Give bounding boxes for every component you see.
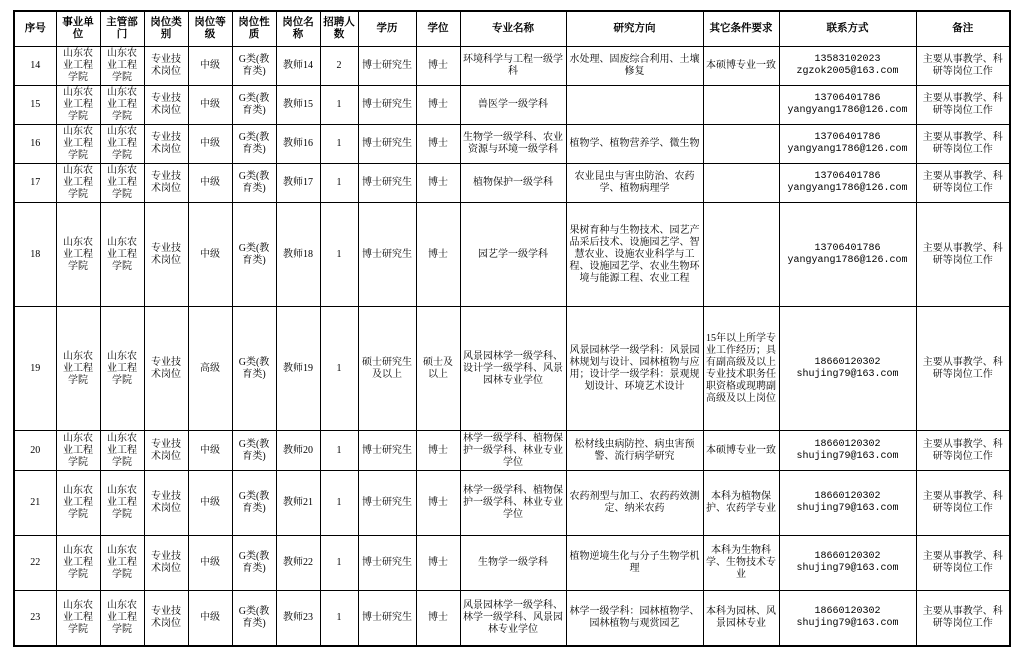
cell-other — [703, 203, 779, 307]
cell-contact: 13706401786yangyang1786@126.com — [779, 125, 916, 164]
cell-unit: 山东农业工程学院 — [56, 47, 100, 86]
cell-category: 专业技术岗位 — [144, 471, 188, 536]
cell-unit: 山东农业工程学院 — [56, 307, 100, 431]
cell-contact: 18660120302shujing79@163.com — [779, 591, 916, 646]
cell-category: 专业技术岗位 — [144, 431, 188, 471]
cell-dept: 山东农业工程学院 — [100, 307, 144, 431]
cell-category: 专业技术岗位 — [144, 125, 188, 164]
column-header-degree: 学位 — [416, 11, 460, 47]
cell-level: 中级 — [188, 164, 232, 203]
cell-major: 兽医学一级学科 — [460, 86, 566, 125]
cell-major: 生物学一级学科 — [460, 536, 566, 591]
cell-unit: 山东农业工程学院 — [56, 431, 100, 471]
cell-contact: 13706401786yangyang1786@126.com — [779, 164, 916, 203]
cell-count: 1 — [320, 203, 358, 307]
cell-note: 主要从事教学、科研等岗位工作 — [916, 536, 1010, 591]
recruitment-table-container: 序号事业单位主管部门岗位类别岗位等级岗位性质岗位名称招聘人数学历学位专业名称研究… — [13, 10, 1011, 647]
cell-major: 林学一级学科、植物保护一级学科、林业专业学位 — [460, 431, 566, 471]
cell-direction: 松材线虫病防控、病虫害预警、流行病学研究 — [566, 431, 703, 471]
table-row: 17山东农业工程学院山东农业工程学院专业技术岗位中级G类(教育类)教师171博士… — [14, 164, 1010, 203]
column-header-title: 岗位名称 — [276, 11, 320, 47]
cell-count: 1 — [320, 307, 358, 431]
table-header-row: 序号事业单位主管部门岗位类别岗位等级岗位性质岗位名称招聘人数学历学位专业名称研究… — [14, 11, 1010, 47]
cell-unit: 山东农业工程学院 — [56, 203, 100, 307]
contact-phone: 18660120302 — [782, 551, 914, 563]
cell-title: 教师23 — [276, 591, 320, 646]
contact-email: shujing79@163.com — [782, 451, 914, 463]
contact-phone: 18660120302 — [782, 491, 914, 503]
cell-no: 22 — [14, 536, 56, 591]
cell-count: 1 — [320, 431, 358, 471]
cell-direction — [566, 86, 703, 125]
contact-phone: 13583102023 — [782, 54, 914, 66]
cell-count: 1 — [320, 536, 358, 591]
contact-email: zgzok2005@163.com — [782, 66, 914, 78]
table-row: 23山东农业工程学院山东农业工程学院专业技术岗位中级G类(教育类)教师231博士… — [14, 591, 1010, 646]
cell-degree: 博士 — [416, 86, 460, 125]
contact-email: yangyang1786@126.com — [782, 105, 914, 117]
cell-count: 1 — [320, 86, 358, 125]
cell-direction: 农业昆虫与害虫防治、农药学、植物病理学 — [566, 164, 703, 203]
cell-no: 19 — [14, 307, 56, 431]
cell-dept: 山东农业工程学院 — [100, 47, 144, 86]
cell-level: 中级 — [188, 591, 232, 646]
table-row: 14山东农业工程学院山东农业工程学院专业技术岗位中级G类(教育类)教师142博士… — [14, 47, 1010, 86]
cell-note: 主要从事教学、科研等岗位工作 — [916, 591, 1010, 646]
table-row: 15山东农业工程学院山东农业工程学院专业技术岗位中级G类(教育类)教师151博士… — [14, 86, 1010, 125]
contact-phone: 13706401786 — [782, 93, 914, 105]
table-row: 19山东农业工程学院山东农业工程学院专业技术岗位高级G类(教育类)教师191硕士… — [14, 307, 1010, 431]
cell-nature: G类(教育类) — [232, 203, 276, 307]
contact-email: yangyang1786@126.com — [782, 183, 914, 195]
cell-note: 主要从事教学、科研等岗位工作 — [916, 86, 1010, 125]
cell-education: 博士研究生 — [358, 536, 416, 591]
cell-nature: G类(教育类) — [232, 125, 276, 164]
cell-category: 专业技术岗位 — [144, 86, 188, 125]
cell-dept: 山东农业工程学院 — [100, 536, 144, 591]
cell-education: 博士研究生 — [358, 471, 416, 536]
contact-phone: 13706401786 — [782, 243, 914, 255]
cell-nature: G类(教育类) — [232, 536, 276, 591]
cell-note: 主要从事教学、科研等岗位工作 — [916, 125, 1010, 164]
cell-degree: 博士 — [416, 536, 460, 591]
cell-education: 博士研究生 — [358, 164, 416, 203]
cell-nature: G类(教育类) — [232, 164, 276, 203]
cell-degree: 博士 — [416, 47, 460, 86]
cell-unit: 山东农业工程学院 — [56, 86, 100, 125]
cell-category: 专业技术岗位 — [144, 164, 188, 203]
cell-nature: G类(教育类) — [232, 471, 276, 536]
cell-no: 17 — [14, 164, 56, 203]
cell-note: 主要从事教学、科研等岗位工作 — [916, 164, 1010, 203]
cell-education: 博士研究生 — [358, 431, 416, 471]
cell-other: 本科为生物科学、生物技术专业 — [703, 536, 779, 591]
contact-phone: 13706401786 — [782, 132, 914, 144]
cell-unit: 山东农业工程学院 — [56, 164, 100, 203]
cell-education: 博士研究生 — [358, 591, 416, 646]
cell-count: 1 — [320, 591, 358, 646]
cell-major: 林学一级学科、植物保护一级学科、林业专业学位 — [460, 471, 566, 536]
cell-level: 中级 — [188, 86, 232, 125]
cell-no: 21 — [14, 471, 56, 536]
contact-phone: 18660120302 — [782, 606, 914, 618]
cell-count: 1 — [320, 164, 358, 203]
cell-major: 生物学一级学科、农业资源与环境一级学科 — [460, 125, 566, 164]
cell-note: 主要从事教学、科研等岗位工作 — [916, 471, 1010, 536]
cell-unit: 山东农业工程学院 — [56, 471, 100, 536]
column-header-other: 其它条件要求 — [703, 11, 779, 47]
column-header-education: 学历 — [358, 11, 416, 47]
cell-dept: 山东农业工程学院 — [100, 125, 144, 164]
cell-degree: 博士 — [416, 471, 460, 536]
contact-email: shujing79@163.com — [782, 618, 914, 630]
cell-category: 专业技术岗位 — [144, 591, 188, 646]
cell-other: 本科为植物保护、农药学专业 — [703, 471, 779, 536]
cell-dept: 山东农业工程学院 — [100, 164, 144, 203]
cell-degree: 博士 — [416, 164, 460, 203]
cell-direction: 水处理、固废综合利用、土壤修复 — [566, 47, 703, 86]
contact-phone: 13706401786 — [782, 171, 914, 183]
cell-education: 硕士研究生及以上 — [358, 307, 416, 431]
table-row: 22山东农业工程学院山东农业工程学院专业技术岗位中级G类(教育类)教师221博士… — [14, 536, 1010, 591]
cell-level: 中级 — [188, 47, 232, 86]
recruitment-table: 序号事业单位主管部门岗位类别岗位等级岗位性质岗位名称招聘人数学历学位专业名称研究… — [13, 10, 1011, 647]
cell-major: 风景园林学一级学科、设计学一级学科、风景园林专业学位 — [460, 307, 566, 431]
cell-major: 植物保护一级学科 — [460, 164, 566, 203]
cell-level: 中级 — [188, 203, 232, 307]
cell-level: 中级 — [188, 125, 232, 164]
cell-degree: 博士 — [416, 125, 460, 164]
cell-dept: 山东农业工程学院 — [100, 431, 144, 471]
cell-direction: 植物学、植物营养学、微生物 — [566, 125, 703, 164]
table-row: 20山东农业工程学院山东农业工程学院专业技术岗位中级G类(教育类)教师201博士… — [14, 431, 1010, 471]
contact-email: shujing79@163.com — [782, 503, 914, 515]
column-header-unit: 事业单位 — [56, 11, 100, 47]
cell-dept: 山东农业工程学院 — [100, 591, 144, 646]
cell-category: 专业技术岗位 — [144, 307, 188, 431]
cell-other — [703, 164, 779, 203]
cell-contact: 18660120302shujing79@163.com — [779, 307, 916, 431]
cell-dept: 山东农业工程学院 — [100, 471, 144, 536]
column-header-major: 专业名称 — [460, 11, 566, 47]
column-header-no: 序号 — [14, 11, 56, 47]
cell-title: 教师20 — [276, 431, 320, 471]
cell-nature: G类(教育类) — [232, 591, 276, 646]
cell-major: 园艺学一级学科 — [460, 203, 566, 307]
column-header-direction: 研究方向 — [566, 11, 703, 47]
cell-education: 博士研究生 — [358, 203, 416, 307]
cell-contact: 18660120302shujing79@163.com — [779, 536, 916, 591]
cell-contact: 18660120302shujing79@163.com — [779, 471, 916, 536]
cell-unit: 山东农业工程学院 — [56, 591, 100, 646]
cell-contact: 18660120302shujing79@163.com — [779, 431, 916, 471]
column-header-contact: 联系方式 — [779, 11, 916, 47]
cell-direction: 植物逆境生化与分子生物学机理 — [566, 536, 703, 591]
cell-title: 教师19 — [276, 307, 320, 431]
cell-nature: G类(教育类) — [232, 307, 276, 431]
contact-email: shujing79@163.com — [782, 563, 914, 575]
cell-no: 23 — [14, 591, 56, 646]
cell-direction: 林学一级学科：园林植物学、园林植物与观赏园艺 — [566, 591, 703, 646]
contact-email: yangyang1786@126.com — [782, 255, 914, 267]
table-row: 18山东农业工程学院山东农业工程学院专业技术岗位中级G类(教育类)教师181博士… — [14, 203, 1010, 307]
cell-title: 教师17 — [276, 164, 320, 203]
cell-no: 20 — [14, 431, 56, 471]
column-header-category: 岗位类别 — [144, 11, 188, 47]
cell-level: 高级 — [188, 307, 232, 431]
cell-no: 16 — [14, 125, 56, 164]
cell-other — [703, 125, 779, 164]
cell-unit: 山东农业工程学院 — [56, 125, 100, 164]
cell-level: 中级 — [188, 536, 232, 591]
cell-note: 主要从事教学、科研等岗位工作 — [916, 431, 1010, 471]
contact-phone: 18660120302 — [782, 439, 914, 451]
cell-unit: 山东农业工程学院 — [56, 536, 100, 591]
cell-other: 本硕博专业一致 — [703, 47, 779, 86]
cell-direction: 果树育种与生物技术、园艺产品采后技术、设施园艺学、智慧农业、设施农业科学与工程、… — [566, 203, 703, 307]
cell-nature: G类(教育类) — [232, 431, 276, 471]
cell-other: 本科为园林、风景园林专业 — [703, 591, 779, 646]
cell-education: 博士研究生 — [358, 47, 416, 86]
cell-major: 风景园林学一级学科、林学一级学科、风景园林专业学位 — [460, 591, 566, 646]
cell-no: 18 — [14, 203, 56, 307]
cell-other — [703, 86, 779, 125]
column-header-level: 岗位等级 — [188, 11, 232, 47]
cell-degree: 博士 — [416, 203, 460, 307]
contact-phone: 18660120302 — [782, 357, 914, 369]
cell-note: 主要从事教学、科研等岗位工作 — [916, 203, 1010, 307]
contact-email: shujing79@163.com — [782, 369, 914, 381]
cell-other: 本硕博专业一致 — [703, 431, 779, 471]
cell-no: 15 — [14, 86, 56, 125]
cell-contact: 13706401786yangyang1786@126.com — [779, 86, 916, 125]
cell-level: 中级 — [188, 431, 232, 471]
cell-no: 14 — [14, 47, 56, 86]
cell-title: 教师21 — [276, 471, 320, 536]
cell-note: 主要从事教学、科研等岗位工作 — [916, 47, 1010, 86]
cell-nature: G类(教育类) — [232, 86, 276, 125]
cell-category: 专业技术岗位 — [144, 203, 188, 307]
cell-other: 15年以上所学专业工作经历；具有副高级及以上专业技术职务任职资格或现聘副高级及以… — [703, 307, 779, 431]
cell-direction: 农药剂型与加工、农药药效测定、纳米农药 — [566, 471, 703, 536]
cell-count: 2 — [320, 47, 358, 86]
cell-note: 主要从事教学、科研等岗位工作 — [916, 307, 1010, 431]
cell-contact: 13583102023zgzok2005@163.com — [779, 47, 916, 86]
cell-title: 教师14 — [276, 47, 320, 86]
cell-count: 1 — [320, 125, 358, 164]
cell-direction: 风景园林学一级学科：风景园林规划与设计、园林植物与应用；设计学一级学科：景观规划… — [566, 307, 703, 431]
cell-degree: 博士 — [416, 591, 460, 646]
cell-degree: 博士 — [416, 431, 460, 471]
table-row: 21山东农业工程学院山东农业工程学院专业技术岗位中级G类(教育类)教师211博士… — [14, 471, 1010, 536]
cell-category: 专业技术岗位 — [144, 47, 188, 86]
column-header-dept: 主管部门 — [100, 11, 144, 47]
column-header-nature: 岗位性质 — [232, 11, 276, 47]
cell-count: 1 — [320, 471, 358, 536]
column-header-count: 招聘人数 — [320, 11, 358, 47]
cell-dept: 山东农业工程学院 — [100, 86, 144, 125]
table-row: 16山东农业工程学院山东农业工程学院专业技术岗位中级G类(教育类)教师161博士… — [14, 125, 1010, 164]
cell-category: 专业技术岗位 — [144, 536, 188, 591]
cell-title: 教师18 — [276, 203, 320, 307]
cell-major: 环境科学与工程一级学科 — [460, 47, 566, 86]
cell-education: 博士研究生 — [358, 86, 416, 125]
cell-title: 教师22 — [276, 536, 320, 591]
cell-level: 中级 — [188, 471, 232, 536]
cell-dept: 山东农业工程学院 — [100, 203, 144, 307]
cell-contact: 13706401786yangyang1786@126.com — [779, 203, 916, 307]
cell-title: 教师15 — [276, 86, 320, 125]
column-header-note: 备注 — [916, 11, 1010, 47]
contact-email: yangyang1786@126.com — [782, 144, 914, 156]
cell-education: 博士研究生 — [358, 125, 416, 164]
cell-title: 教师16 — [276, 125, 320, 164]
cell-nature: G类(教育类) — [232, 47, 276, 86]
document-page: 序号事业单位主管部门岗位类别岗位等级岗位性质岗位名称招聘人数学历学位专业名称研究… — [0, 0, 1024, 665]
cell-degree: 硕士及以上 — [416, 307, 460, 431]
